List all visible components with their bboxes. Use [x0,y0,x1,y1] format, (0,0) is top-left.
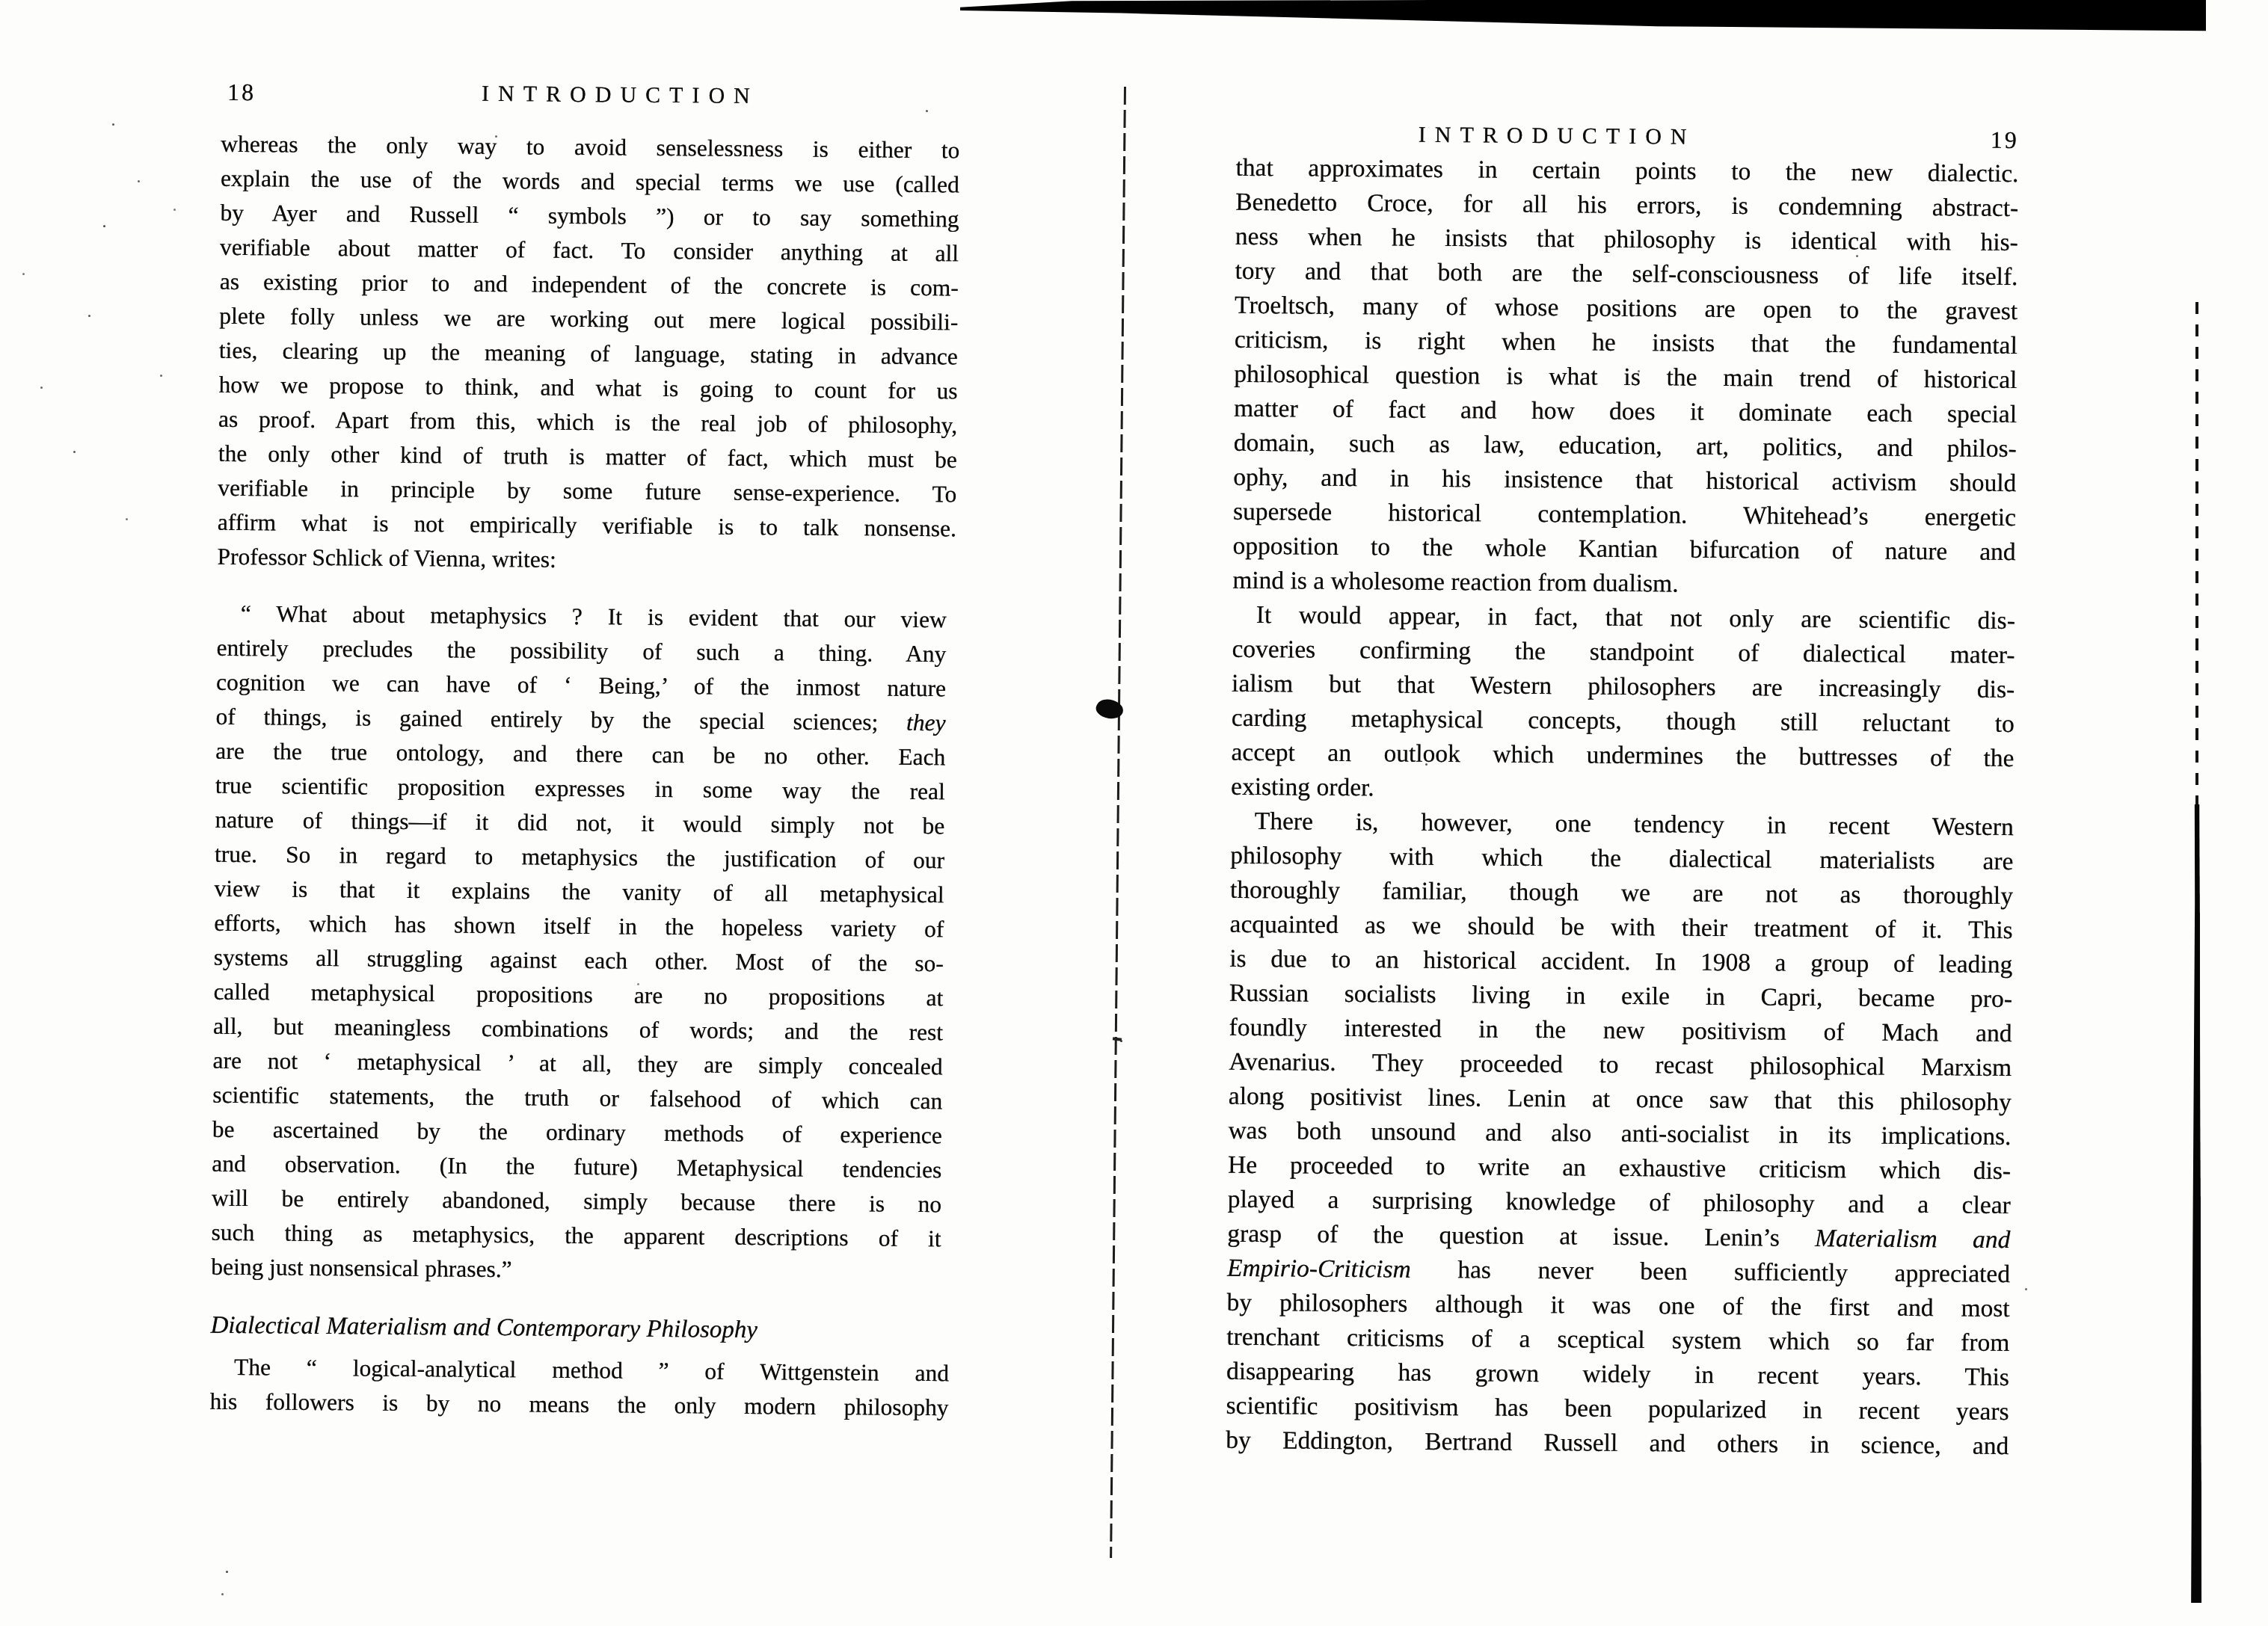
text-line: disappearing has grown widely in recent … [1226,1355,2009,1395]
paragraph-block: whereas the only way to avoid senselessn… [217,127,959,581]
text-line: Russian socialists living in exile in Ca… [1229,976,2012,1017]
paragraph-block: There is, however, one tendency in recen… [1226,804,2014,1464]
text-line: tory and that both are the self-consciou… [1235,254,2017,295]
text-line: thoroughly familiar, though we are not a… [1230,873,2013,914]
text-line: criticism, is right when he insists that… [1235,323,2017,363]
text-line: foundly interested in the new positivism… [1229,1011,2012,1051]
text-line: Professor Schlick of Vienna, writes: [217,540,956,581]
text-line: matter of fact and how does it dominate … [1234,392,2017,432]
section-heading: Dialectical Materialism and Contemporary… [210,1308,949,1349]
quote-block: “ What about metaphysics ? It is evident… [211,597,956,1291]
text-line: played a surprising knowledge of philoso… [1228,1183,2011,1223]
running-head: INTRODUCTION [1419,118,1696,155]
gutter-tick-mark [1113,1037,1122,1041]
paragraph-block: It would appear, in fact, that not only … [1231,598,2015,810]
text-line: He proceeded to write an exhaustive crit… [1228,1148,2011,1189]
page-number: 19 [1991,123,2019,157]
page-gutter-line [1110,87,1126,1558]
text-line: ness when he insists that philosophy is … [1235,220,2018,260]
text-line: carding metaphysical concepts, though st… [1232,701,2015,742]
text-line: trenchant criticisms of a sceptical syst… [1226,1320,2009,1361]
page-header: 18 INTRODUCTION [221,75,960,116]
text-line: philosophical question is what is the ma… [1234,357,2017,398]
scan-speckles [112,123,114,126]
text-line: that approximates in certain points to t… [1235,151,2018,191]
scan-edge-band-top [960,0,2206,33]
text-line: along positivist lines. Lenin at once sa… [1229,1080,2012,1120]
page-number: 18 [227,75,256,109]
paragraph-block: that approximates in certain points to t… [1232,151,2019,604]
text-line: philosophy with which the dialectical ma… [1230,839,2013,879]
text-line: supersede historical contemplation. Whit… [1233,495,2016,535]
text-line: domain, such as law, education, art, pol… [1234,426,2017,466]
paragraph-block: The “ logical-analytical method ” of Wit… [209,1350,949,1426]
text-line: Benedetto Croce, for all his errors, is … [1235,185,2018,226]
text-line: was both unsound and also anti-socialist… [1228,1114,2011,1154]
scan-edge-line-right [2195,302,2198,810]
text-line: Troeltsch, many of whose positions are o… [1235,289,2017,329]
text-line: is due to an historical accident. In 190… [1229,942,2012,982]
text-line: being just nonsensical phrases.” [211,1250,941,1291]
text-line: ialism but that Western philosophers are… [1232,667,2015,707]
running-head: INTRODUCTION [482,77,759,114]
page-header: INTRODUCTION 19 [1236,117,2019,157]
text-line: There is, however, one tendency in recen… [1231,804,2014,845]
scan-edge-strip-right [2189,804,2202,1603]
scanned-book-spread: 18 INTRODUCTION whereas the only way to … [0,0,2268,1626]
text-line: acquainted as we should be with their tr… [1229,908,2012,948]
scanned-page-left: 18 INTRODUCTION whereas the only way to … [209,75,960,1426]
text-line: his followers is by no means the only mo… [209,1385,948,1426]
page-text: that approximates in certain points to t… [1226,151,2019,1464]
text-line: by Eddington, Bertrand Russell and other… [1226,1423,2009,1464]
text-line: coveries confirming the standpoint of di… [1232,632,2015,673]
text-line: opposition to the whole Kantian bifurcat… [1232,529,2015,570]
text-line: It would appear, in fact, that not only … [1232,598,2015,638]
text-line: scientific positivism has been populariz… [1226,1389,2009,1429]
text-line: grasp of the question at issue. Lenin’s … [1227,1217,2010,1257]
ink-blot [1092,697,1128,721]
text-line: ophy, and in his insistence that histori… [1233,461,2016,501]
page-text: whereas the only way to avoid senselessn… [209,127,959,1426]
text-line: Avenarius. They proceeded to recast phil… [1229,1045,2012,1085]
text-line: mind is a wholesome reaction from dualis… [1232,564,2015,604]
scanned-page-right: INTRODUCTION 19 that approximates in cer… [1226,117,2019,1464]
text-line: existing order. [1231,770,2014,810]
text-line: by philosophers although it was one of t… [1227,1286,2010,1326]
text-line: Empirio-Criticism has never been suffici… [1227,1251,2010,1292]
text-line: accept an outlook which undermines the b… [1231,736,2014,776]
